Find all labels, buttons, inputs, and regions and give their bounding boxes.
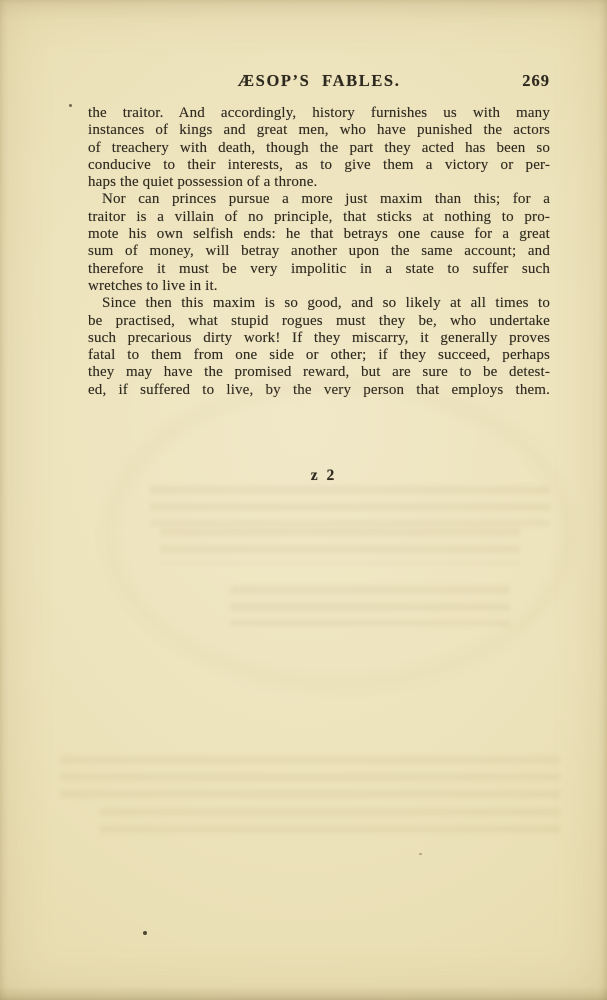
paragraph-2: Nor can princes pursue a more just maxim…	[88, 191, 550, 295]
text-line: fatal to them from one side or other; if…	[88, 347, 550, 364]
show-through-ghost	[160, 528, 520, 564]
text-line: sum of money, will betray another upon t…	[88, 243, 550, 260]
show-through-ghost	[100, 808, 560, 842]
paragraph-1: the traitor. And accordingly, history fu…	[88, 105, 550, 191]
page-header: ÆSOP’S FABLES. 269	[88, 71, 550, 91]
running-title: ÆSOP’S FABLES.	[88, 71, 550, 90]
show-through-ghost	[150, 486, 550, 526]
text-line: wretches to live in it.	[88, 278, 550, 295]
text-line: traitor is a villain of no principle, th…	[88, 209, 550, 226]
text-line: ed, if suffered to live, by the very per…	[88, 382, 550, 399]
text-line: instances of kings and great men, who ha…	[88, 122, 550, 139]
text-line: therefore it must be very impolitic in a…	[88, 261, 550, 278]
page-number: 269	[522, 71, 550, 90]
embossed-seal-ghost	[105, 380, 573, 688]
text-line: conducive to their interests, as to give…	[88, 157, 550, 174]
show-through-ghost	[60, 756, 560, 800]
ink-speck	[69, 104, 72, 107]
show-through-ghost	[230, 586, 510, 626]
text-line: be practised, what stupid rogues must th…	[88, 313, 550, 330]
text-line: haps the quiet possession of a throne.	[88, 174, 550, 191]
text-line: such precarious dirty work! If they misc…	[88, 330, 550, 347]
text-line: of treachery with death, though the part…	[88, 140, 550, 157]
ink-speck	[143, 931, 147, 935]
text-line: Nor can princes pursue a more just maxim…	[88, 191, 550, 208]
text-line: the traitor. And accordingly, history fu…	[88, 105, 550, 122]
book-page: ÆSOP’S FABLES. 269 the traitor. And acco…	[0, 0, 607, 1000]
body-text: the traitor. And accordingly, history fu…	[88, 105, 550, 399]
text-line: mote his own selfish ends: he that betra…	[88, 226, 550, 243]
text-line: they may have the promised reward, but a…	[88, 364, 550, 381]
paragraph-3: Since then this maxim is so good, and so…	[88, 295, 550, 399]
text-line: Since then this maxim is so good, and so…	[88, 295, 550, 312]
signature-mark: z 2	[88, 467, 550, 485]
ink-speck	[419, 853, 422, 855]
